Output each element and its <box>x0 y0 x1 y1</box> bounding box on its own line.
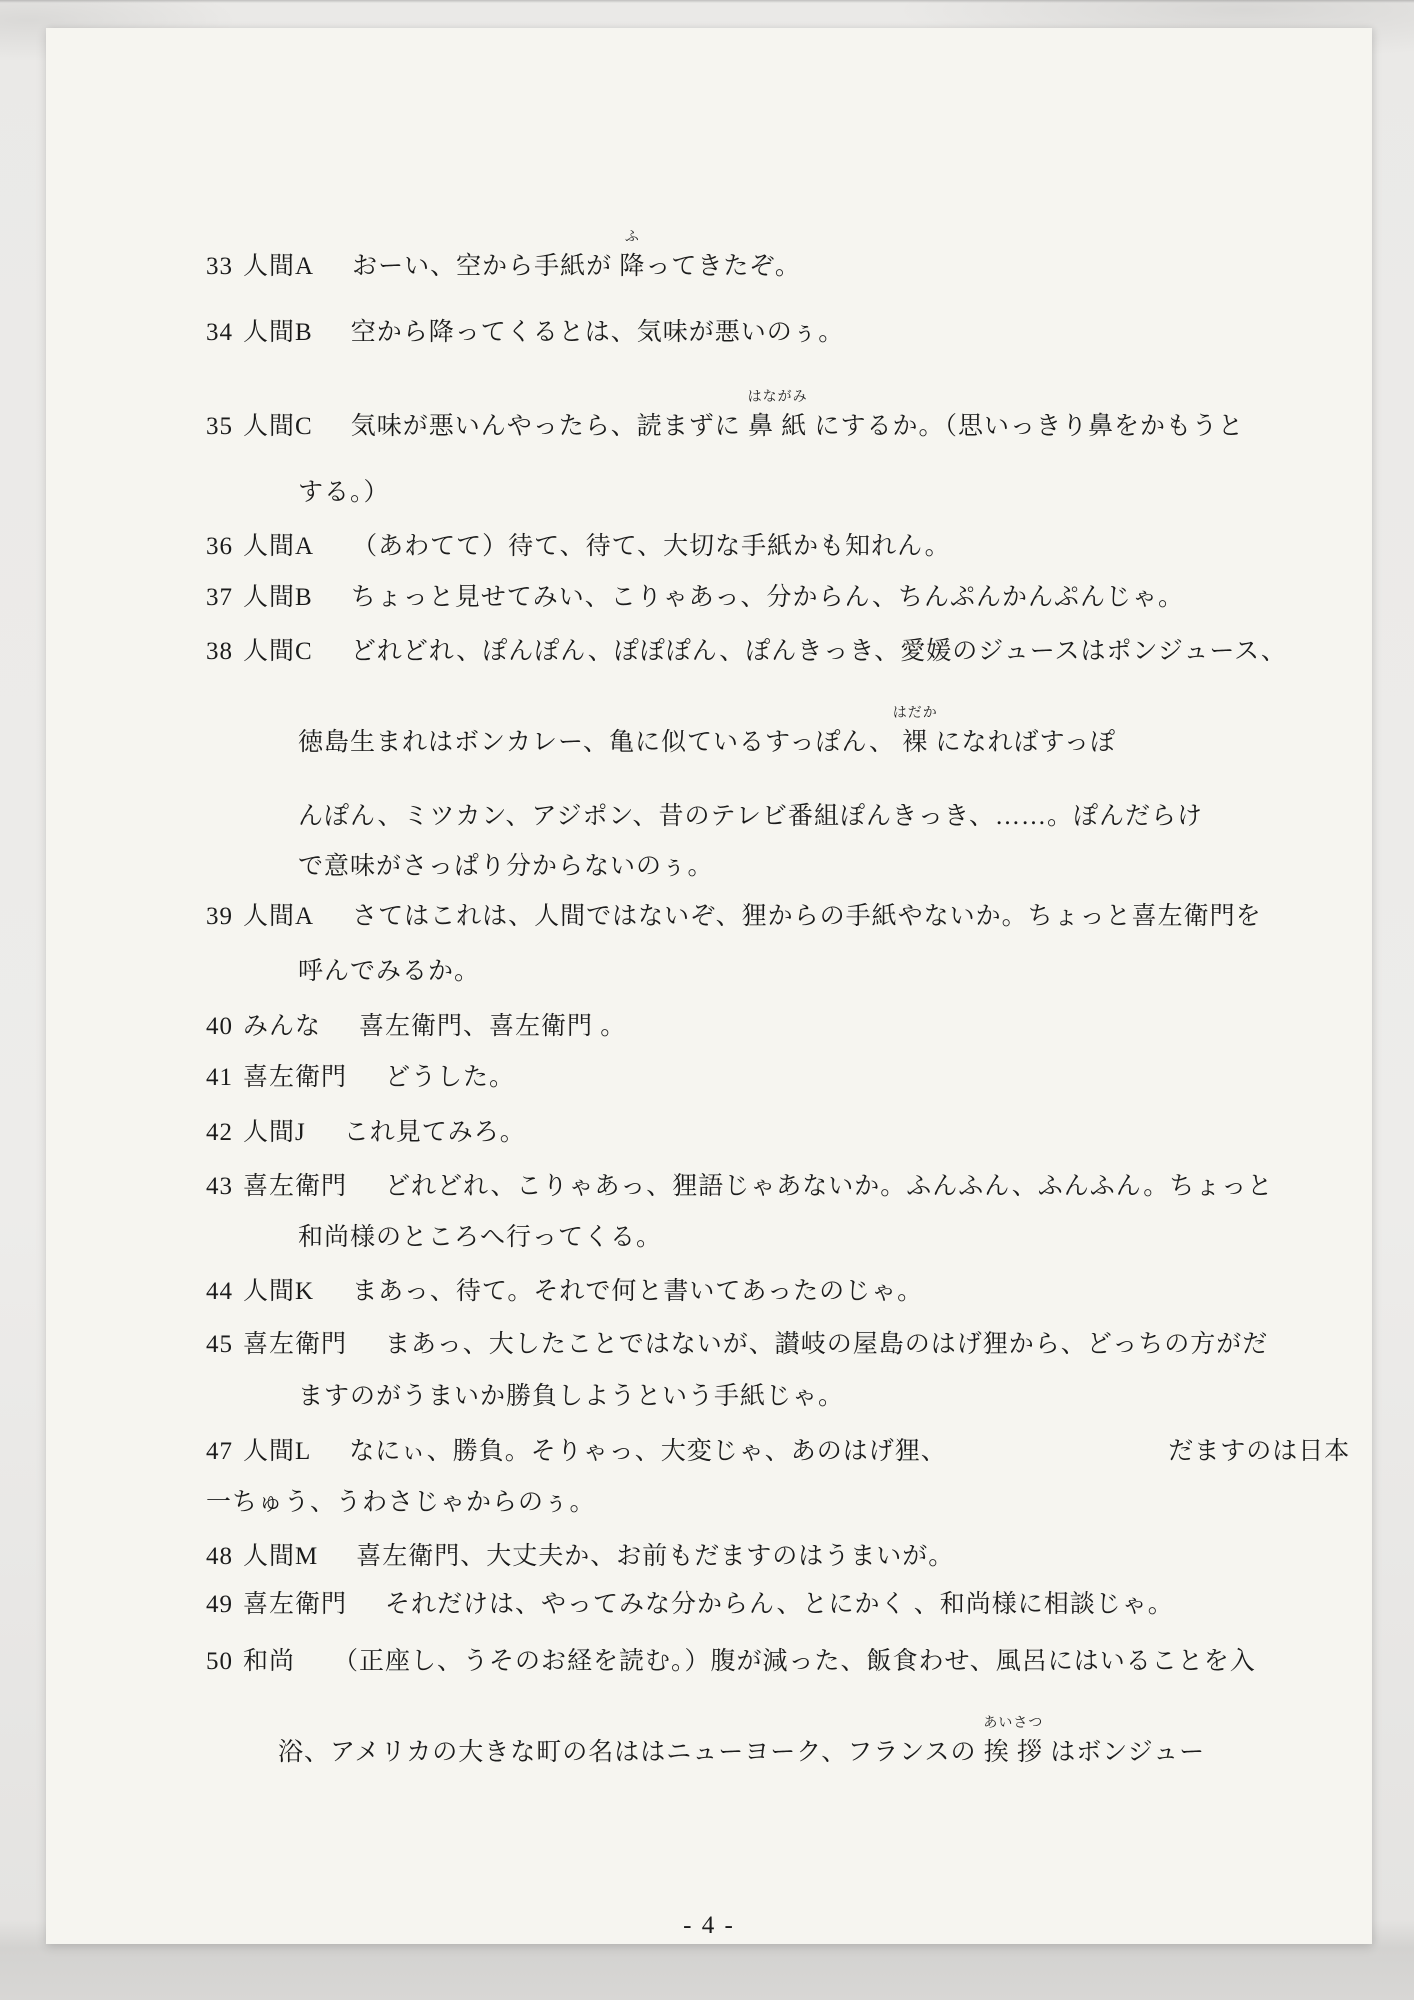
line-number: 38 <box>206 635 233 669</box>
ruby-word: あいさつ挨 拶 <box>984 1736 1043 1770</box>
dialogue-text: 徳島生まれはボンカレー、亀に似ているすっぽん、 はだか裸 になればすっぽ <box>298 729 1116 756</box>
furigana: あいさつ <box>983 1717 1043 1731</box>
script-line-50-cont: 浴、アメリカの大きな町の名ははニューヨーク、フランスの あいさつ挨 拶 はボンジ… <box>206 1736 1332 1770</box>
dialogue-text: する。） <box>298 479 390 506</box>
speaker-name: 喜左衛門 <box>243 1328 347 1362</box>
speaker-name: 和尚 <box>243 1645 295 1679</box>
dialogue-text: 喜左衛門、喜左衛門 。 <box>359 1013 626 1040</box>
line-number: 47 <box>206 1435 233 1469</box>
line-number: 48 <box>206 1540 233 1574</box>
dialogue-text: まあっ、大したことではないが、讃岐の屋島のはげ狸から、どっちの方がだ <box>385 1331 1268 1358</box>
speaker-name: 人間C <box>243 635 313 669</box>
scanned-document-page: 33人間Aおーい、空から手紙が ふ降ってきたぞ。 34人間B空から降ってくるとは… <box>0 0 1414 2000</box>
furigana: はながみ <box>748 391 808 405</box>
speaker-name: 人間A <box>243 530 314 564</box>
script-line-45-cont: ますのがうまいか勝負しようという手紙じゃ。 <box>206 1380 1332 1414</box>
speaker-name: 喜左衛門 <box>243 1061 347 1095</box>
line-number: 33 <box>206 250 233 284</box>
script-line-45: 45喜左衛門まあっ、大したことではないが、讃岐の屋島のはげ狸から、どっちの方がだ <box>206 1328 1332 1362</box>
script-line-39-cont: 呼んでみるか。 <box>206 955 1332 989</box>
dialogue-text: 喜左衛門、大丈夫か、お前もだますのはうまいが。 <box>356 1543 954 1570</box>
script-line-33: 33人間Aおーい、空から手紙が ふ降ってきたぞ。 <box>206 250 1332 284</box>
speaker-name: 喜左衛門 <box>243 1588 347 1622</box>
dialogue-text: 浴、アメリカの大きな町の名ははニューヨーク、フランスの あいさつ挨 拶 はボンジ… <box>278 1739 1205 1766</box>
line-number: 50 <box>206 1645 233 1679</box>
script-line-44: 44人間Kまあっ、待て。それで何と書いてあったのじゃ。 <box>206 1275 1332 1309</box>
speaker-name: 人間L <box>243 1435 311 1469</box>
script-line-37: 37人間Bちょっと見せてみい、こりゃあっ、分からん、ちんぷんかんぷんじゃ。 <box>206 581 1332 615</box>
speaker-name: 人間M <box>243 1540 318 1574</box>
line-number: 39 <box>206 900 233 934</box>
dialogue-text: （あわてて）待て、待て、大切な手紙かも知れん。 <box>352 533 951 560</box>
line-number: 42 <box>206 1116 233 1150</box>
ruby-word: はながみ鼻 紙 <box>748 410 807 444</box>
line-number: 45 <box>206 1328 233 1362</box>
script-line-35-cont: する。） <box>206 476 1332 510</box>
furigana: はだか <box>893 707 938 721</box>
script-line-39: 39人間Aさてはこれは、人間ではないぞ、狸からの手紙やないか。ちょっと喜左衛門を <box>206 900 1332 934</box>
line-number: 49 <box>206 1588 233 1622</box>
line-number: 40 <box>206 1010 233 1044</box>
script-line-47: 47人間Lなにぃ、勝負。そりゃっ、大変じゃ、あのはげ狸、 だますのは日本 <box>206 1435 1332 1469</box>
script-line-47-cont: 一ちゅう、うわさじゃからのぅ。 <box>206 1486 1332 1520</box>
script-line-35: 35人間C気味が悪いんやったら、読まずに はながみ鼻 紙 にするか。（思いっきり… <box>206 410 1332 444</box>
ruby-word: ふ降 <box>619 250 645 284</box>
script-line-43-cont: 和尚様のところへ行ってくる。 <box>206 1221 1332 1255</box>
speaker-name: 人間A <box>243 900 314 934</box>
dialogue-text: どうした。 <box>385 1064 515 1091</box>
speaker-name: 人間J <box>243 1116 306 1150</box>
dialogue-text: 気味が悪いんやったら、読まずに はながみ鼻 紙 にするか。（思いっきり鼻をかもう… <box>351 413 1244 440</box>
dialogue-text: まあっ、待て。それで何と書いてあったのじゃ。 <box>352 1278 923 1305</box>
script-line-42: 42人間Jこれ見てみろ。 <box>206 1116 1332 1150</box>
dialogue-text: んぽん、ミツカン、アジポン、昔のテレビ番組ぽんきっき、……。ぽんだらけ <box>298 803 1203 830</box>
script-line-49: 49喜左衛門それだけは、やってみな分からん、とにかく 、和尚様に相談じゃ。 <box>206 1588 1332 1622</box>
script-line-43: 43喜左衛門どれどれ、こりゃあっ、狸語じゃあないか。ふんふん、ふんふん。ちょっと <box>206 1170 1332 1204</box>
speaker-name: 人間B <box>243 316 313 350</box>
speaker-name: みんな <box>243 1010 321 1044</box>
ruby-word: はだか裸 <box>902 726 928 760</box>
dialogue-text: （正座し、うそのお経を読む。）腹が減った、飯食わせ、風呂にはいることを入 <box>333 1648 1256 1675</box>
script-line-38-cont-3: で意味がさっぱり分からないのぅ。 <box>206 850 1332 884</box>
line-number: 35 <box>206 410 233 444</box>
speaker-name: 人間K <box>243 1275 314 1309</box>
paper-sheet: 33人間Aおーい、空から手紙が ふ降ってきたぞ。 34人間B空から降ってくるとは… <box>46 28 1372 1944</box>
dialogue-text: で意味がさっぱり分からないのぅ。 <box>298 853 714 880</box>
dialogue-text: それだけは、やってみな分からん、とにかく 、和尚様に相談じゃ。 <box>385 1591 1174 1618</box>
dialogue-text: ますのがうまいか勝負しようという手紙じゃ。 <box>298 1383 844 1410</box>
speaker-name: 人間A <box>243 250 314 284</box>
furigana: ふ <box>625 231 640 245</box>
dialogue-text: これ見てみろ。 <box>344 1119 526 1146</box>
dialogue-text: 空から降ってくるとは、気味が悪いのぅ。 <box>351 319 845 346</box>
dialogue-text: どれどれ、こりゃあっ、狸語じゃあないか。ふんふん、ふんふん。ちょっと <box>385 1173 1273 1200</box>
line-number: 41 <box>206 1061 233 1095</box>
dialogue-text: ちょっと見せてみい、こりゃあっ、分からん、ちんぷんかんぷんじゃ。 <box>351 584 1184 611</box>
line-number: 44 <box>206 1275 233 1309</box>
line-number: 43 <box>206 1170 233 1204</box>
script-line-34: 34人間B空から降ってくるとは、気味が悪いのぅ。 <box>206 316 1332 350</box>
speaker-name: 喜左衛門 <box>243 1170 347 1204</box>
dialogue-text: さてはこれは、人間ではないぞ、狸からの手紙やないか。ちょっと喜左衛門を <box>352 903 1262 930</box>
dialogue-text: どれどれ、ぽんぽん、ぽぽぽん、ぽんきっき、愛媛のジュースはポンジュース、 <box>351 638 1287 665</box>
dialogue-text: 和尚様のところへ行ってくる。 <box>298 1224 662 1251</box>
dialogue-text: 一ちゅう、うわさじゃからのぅ。 <box>206 1489 596 1516</box>
script-line-38: 38人間Cどれどれ、ぽんぽん、ぽぽぽん、ぽんきっき、愛媛のジュースはポンジュース… <box>206 635 1332 669</box>
line-number: 36 <box>206 530 233 564</box>
script-line-50: 50和尚（正座し、うそのお経を読む。）腹が減った、飯食わせ、風呂にはいることを入 <box>206 1645 1332 1679</box>
script-line-48: 48人間M喜左衛門、大丈夫か、お前もだますのはうまいが。 <box>206 1540 1332 1574</box>
script-line-38-cont-2: んぽん、ミツカン、アジポン、昔のテレビ番組ぽんきっき、……。ぽんだらけ <box>206 800 1332 834</box>
script-line-36: 36人間A（あわてて）待て、待て、大切な手紙かも知れん。 <box>206 530 1332 564</box>
speaker-name: 人間B <box>243 581 313 615</box>
script-text-block: 33人間Aおーい、空から手紙が ふ降ってきたぞ。 34人間B空から降ってくるとは… <box>46 28 1372 1770</box>
page-number: - 4 - <box>46 1912 1372 1940</box>
dialogue-text: なにぃ、勝負。そりゃっ、大変じゃ、あのはげ狸、 だますのは日本 <box>349 1438 1350 1465</box>
line-number: 34 <box>206 316 233 350</box>
script-line-38-cont-1: 徳島生まれはボンカレー、亀に似ているすっぽん、 はだか裸 になればすっぽ <box>206 726 1332 760</box>
script-line-40: 40みんな喜左衛門、喜左衛門 。 <box>206 1010 1332 1044</box>
dialogue-text: おーい、空から手紙が ふ降ってきたぞ。 <box>352 253 801 280</box>
line-number: 37 <box>206 581 233 615</box>
speaker-name: 人間C <box>243 410 313 444</box>
dialogue-text: 呼んでみるか。 <box>298 958 480 985</box>
script-line-41: 41喜左衛門どうした。 <box>206 1061 1332 1095</box>
